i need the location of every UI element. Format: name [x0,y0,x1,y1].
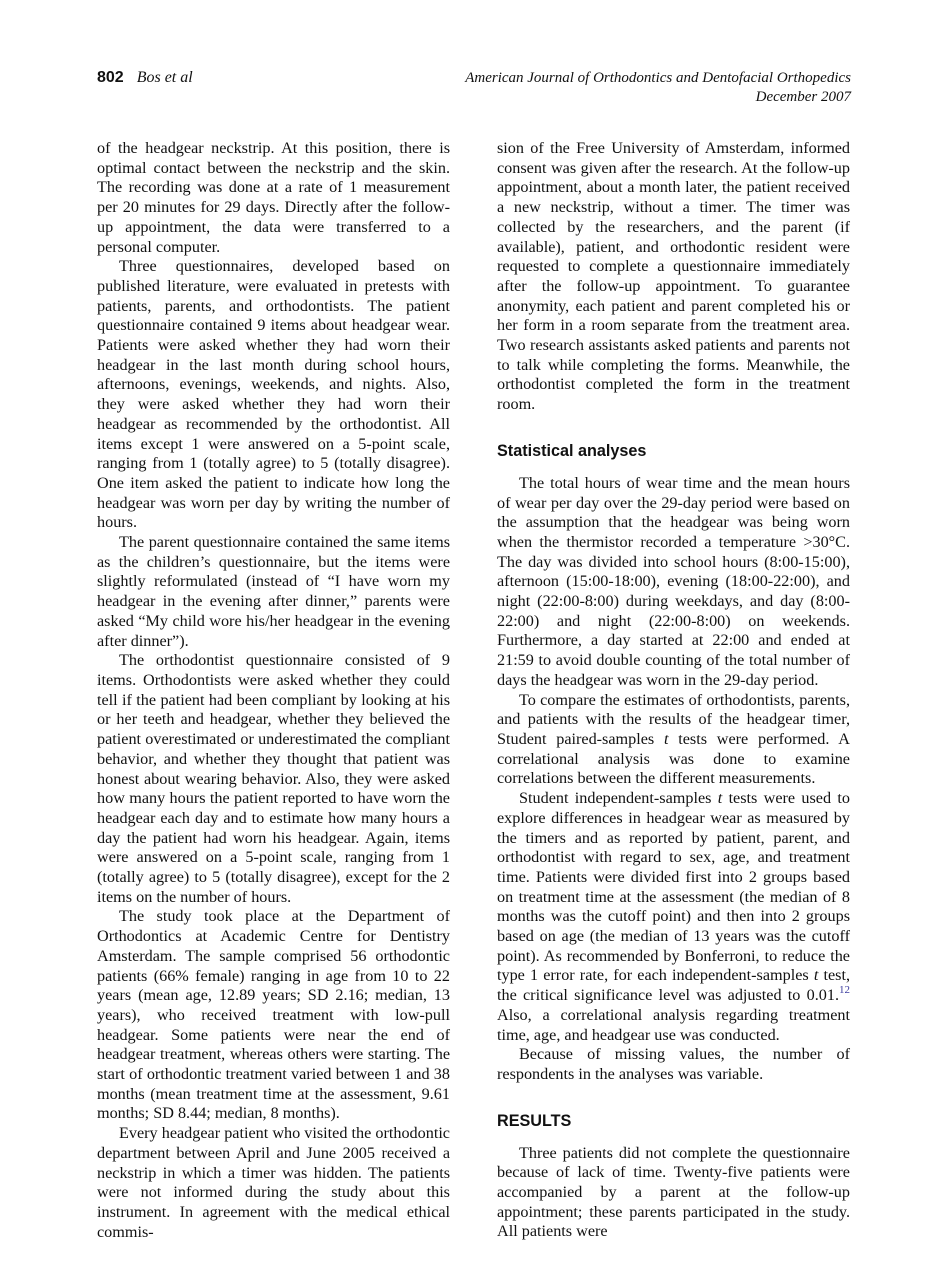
paragraph: To compare the estimates of orthodontist… [497,691,850,790]
running-header-right: American Journal of Orthodontics and Den… [465,69,851,106]
paragraph: The study took place at the Department o… [97,907,450,1124]
text-run: The parent questionnaire contained the s… [97,533,450,650]
page-number: 802 [97,69,124,86]
right-column: sion of the Free University of Amsterdam… [497,139,850,1242]
paragraph: Three patients did not complete the ques… [497,1144,850,1243]
text-run: The study took place at the Department o… [97,907,450,1122]
two-column-body: of the headgear neckstrip. At this posit… [97,139,851,1242]
journal-issue-date: December 2007 [465,88,851,107]
text-run: The orthodontist questionnaire consisted… [97,651,450,905]
running-header: 802Bos et al American Journal of Orthodo… [97,69,851,106]
text-run: Also, a correlational analysis regarding… [497,1006,850,1044]
paragraph: Because of missing values, the number of… [497,1045,850,1084]
journal-title: American Journal of Orthodontics and Den… [465,69,851,88]
text-run: Three patients did not complete the ques… [497,1144,850,1241]
paragraph: Three questionnaires, developed based on… [97,257,450,533]
text-run: sion of the Free University of Amsterdam… [497,139,850,413]
text-run: Three questionnaires, developed based on… [97,257,450,531]
text-run: Student independent-samples [519,789,718,807]
text-run: tests were used to explore differences i… [497,789,850,984]
paragraph: The parent questionnaire contained the s… [97,533,450,651]
journal-page: 802Bos et al American Journal of Orthodo… [0,0,950,1272]
paragraph: Every headgear patient who visited the o… [97,1124,450,1242]
text-run: The total hours of wear time and the mea… [497,474,850,689]
text-run: of the headgear neckstrip. At this posit… [97,139,450,256]
paragraph: sion of the Free University of Amsterdam… [497,139,850,415]
running-authors: Bos et al [137,69,193,86]
paragraph: The orthodontist questionnaire consisted… [97,651,450,907]
paragraph: Student independent-samples t tests were… [497,789,850,1045]
left-column: of the headgear neckstrip. At this posit… [97,139,450,1242]
heading-statistical-analyses: Statistical analyses [497,442,850,461]
reference-link[interactable]: 12 [839,984,850,996]
text-run: Because of missing values, the number of… [497,1045,850,1083]
paragraph: of the headgear neckstrip. At this posit… [97,139,450,257]
running-header-left: 802Bos et al [97,69,193,87]
text-run: Every headgear patient who visited the o… [97,1124,450,1241]
heading-results: RESULTS [497,1112,850,1131]
paragraph: The total hours of wear time and the mea… [497,474,850,691]
